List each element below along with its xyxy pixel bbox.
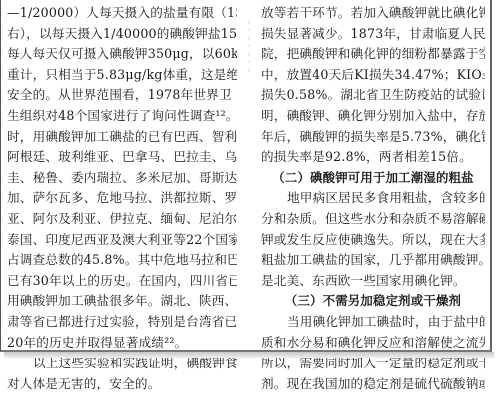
text-line: 肃等省已都进行过实验，特别是台湾省已有 (7, 312, 237, 333)
text-line: 已有30年以上的历史。在国内，四川省已应 (7, 271, 237, 292)
scanned-page: —1/20000）人每天摄入的盐量有限（15g左 右），以每天摄入1/40000… (0, 0, 492, 352)
text-line: 中，放置40天后KI损失34.47%；KIO₃只 (261, 65, 485, 86)
text-line: 阿根廷、玻利维亚、巴拿马、巴拉圭、乌拉 (7, 147, 237, 168)
text-line: 占调查总数的45.8%。其中危地马拉和巴西 (7, 250, 237, 271)
section-heading-2: （二）碘酸钾可用于加工潮湿的粗盐 (261, 168, 485, 189)
text-line: 年后，碘酸钾的损失率是5.73%，碘化钾的 (261, 127, 485, 148)
text-line: 放等若干环节。若加入碘酸钾就比碘化钾的 (261, 3, 485, 24)
text-line: 安全的。从世界范围看，1978年世界卫 (7, 85, 237, 106)
text-line: 质和水分易和碘化钾反应和溶解使之流失。 (261, 333, 485, 354)
text-line: 是北美、东西欧一些国家用碘化钾。 (261, 271, 485, 292)
text-line: 重计，只相当于5.83μg/kg体重，这是绝对 (7, 65, 237, 86)
text-line: —1/20000）人每天摄入的盐量有限（15g左 (7, 3, 237, 24)
text-line: 的损失率是92.8%，两者相差15倍。 (261, 147, 485, 168)
text-line: 损失显著减少。1873年，甘肃临夏人民医 (261, 24, 485, 45)
right-column: 放等若干环节。若加入碘酸钾就比碘化钾的 损失显著减少。1873年，甘肃临夏人民医… (261, 3, 485, 360)
text-line: 明，碘酸钾、碘化钾分别加入盐中，存放一 (261, 106, 485, 127)
text-line: 加、萨尔瓦多、危地马拉、洪都拉斯、罗马尼 (7, 188, 237, 209)
text-line: 泰国、印度尼西亚及澳大利亚等22个国家， (7, 230, 237, 251)
gutter-scan-artifact: :·:·:·: (239, 18, 259, 98)
text-line: 当用碘化钾加工碘盐时，由于盐中的杂 (261, 312, 485, 333)
text-line: 亚、阿尔及利亚、伊拉克、缅甸、尼泊尔、 (7, 209, 237, 230)
text-line: 圭、秘鲁、委内瑞拉、多米尼加、哥斯达黎 (7, 168, 237, 189)
text-line: 20年的历史并取得显著成绩²²。 (7, 333, 237, 354)
text-line: 损失0.58%。湖北省卫生防疫站的试验证 (261, 85, 485, 106)
text-line: 钾或发生反应使碘逸失。所以，现在大多数用 (261, 230, 485, 251)
text-line: 时，用碘酸钾加工碘盐的已有巴西、智利、 (7, 127, 237, 148)
text-line: 生组织对48个国家进行了询问性调查¹²。当 (7, 106, 237, 127)
text-line: 院，把碘酸钾和碘化钾的细粉都暴露于空气 (261, 44, 485, 65)
text-line: 每人每天仅可摄入碘酸钾350μg，以60kg 体 (7, 44, 237, 65)
text-line: 地甲病区居民多食用粗盐，含较多的水 (261, 188, 485, 209)
left-column: —1/20000）人每天摄入的盐量有限（15g左 右），以每天摄入1/40000… (7, 3, 237, 360)
text-line: 用碘酸钾加工碘盐很多年。湖北、陕西、甘 (7, 291, 237, 312)
text-line: 粗盐加工碘盐的国家，几乎都用碘酸钾。只 (261, 250, 485, 271)
text-line: 右），以每天摄入1/40000的碘酸钾盐15g计， (7, 24, 237, 45)
text-line: 分和杂质。但这些水分和杂质不易溶解碘酸 (261, 209, 485, 230)
section-heading-3: （三）不需另加稳定剂或干燥剂 (261, 291, 485, 312)
page-shadow (4, 352, 494, 358)
